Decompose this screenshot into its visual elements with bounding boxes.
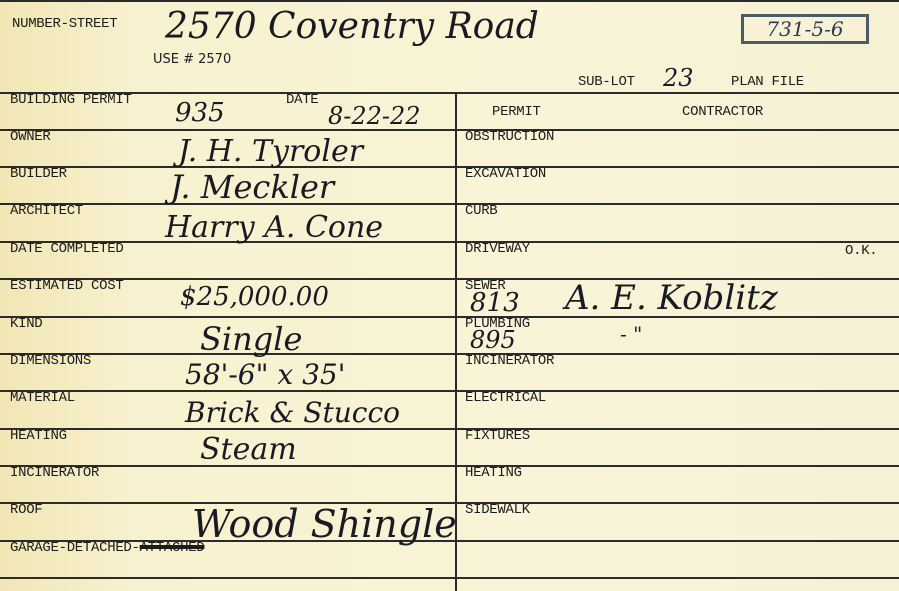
roof-label: ROOF (10, 502, 42, 518)
electrical-label: ELECTRICAL (465, 390, 546, 406)
architect-label: ARCHITECT (10, 203, 83, 219)
kind-label: KIND (10, 316, 42, 332)
file-number-stamp: 731-5-6 (741, 14, 869, 44)
number-street-value: 2570 Coventry Road (165, 6, 539, 47)
sidewalk-label: SIDEWALK (465, 502, 530, 518)
excavation-label: EXCAVATION (465, 166, 546, 182)
sewer-contractor-value: A. E. Koblitz (565, 278, 778, 318)
rule (0, 166, 899, 168)
rule (0, 241, 899, 243)
owner-label: OWNER (10, 129, 51, 145)
sewer-permit-value: 813 (470, 288, 520, 318)
obstruction-label: OBSTRUCTION (465, 129, 554, 145)
rule (0, 203, 899, 205)
rule (0, 390, 899, 392)
date-value: 8-22-22 (328, 102, 421, 130)
estimated-cost-value: $25,000.00 (180, 282, 329, 312)
incinerator-permit-label: INCINERATOR (465, 353, 554, 369)
fixtures-label: FIXTURES (465, 428, 530, 444)
heating-label: HEATING (10, 428, 67, 444)
curb-label: CURB (465, 203, 497, 219)
plumbing-permit-value: 895 (470, 326, 516, 354)
sub-lot-label: SUB-LOT (578, 74, 635, 90)
dimensions-value: 58'-6" x 35' (185, 358, 345, 391)
date-label: DATE (286, 92, 318, 108)
file-number: 731-5-6 (766, 17, 843, 41)
garage-attached-struck: ATTACHED (140, 540, 205, 556)
sub-lot-value: 23 (663, 64, 694, 92)
heating-permit-label: HEATING (465, 465, 522, 481)
plumbing-contractor-ditto: - " (620, 322, 642, 346)
estimated-cost-label: ESTIMATED COST (10, 278, 123, 294)
rule (0, 129, 899, 131)
number-street-label: NUMBER-STREET (12, 16, 117, 32)
driveway-ok-note: O.K. (845, 243, 877, 259)
heating-value: Steam (200, 432, 297, 467)
rule (0, 577, 899, 579)
garage-detached-text: GARAGE-DETACHED- (10, 540, 140, 556)
material-value: Brick & Stucco (185, 396, 400, 429)
dimensions-label: DIMENSIONS (10, 353, 91, 369)
date-completed-label: DATE COMPLETED (10, 241, 123, 257)
contractor-column-header: CONTRACTOR (682, 104, 763, 120)
incinerator-label: INCINERATOR (10, 465, 99, 481)
plan-file-label: PLAN FILE (731, 74, 804, 90)
permit-column-header: PERMIT (492, 104, 541, 120)
driveway-label: DRIVEWAY (465, 241, 530, 257)
builder-value: J. Meckler (170, 168, 334, 206)
architect-value: Harry A. Cone (165, 210, 383, 245)
use-note: USE # 2570 (153, 52, 231, 67)
builder-label: BUILDER (10, 166, 67, 182)
material-label: MATERIAL (10, 390, 75, 406)
building-permit-value: 935 (175, 98, 225, 128)
kind-value: Single (200, 320, 302, 358)
rule (0, 353, 899, 355)
rule (0, 92, 899, 94)
garage-label: GARAGE-DETACHED-ATTACHED (10, 540, 204, 556)
rule (0, 428, 899, 430)
building-permit-label: BUILDING PERMIT (10, 92, 132, 108)
rule (0, 465, 899, 467)
building-permit-card: NUMBER-STREET 2570 Coventry Road USE # 2… (0, 0, 899, 591)
owner-value: J. H. Tyroler (178, 134, 363, 169)
roof-value: Wood Shingle (192, 502, 457, 546)
